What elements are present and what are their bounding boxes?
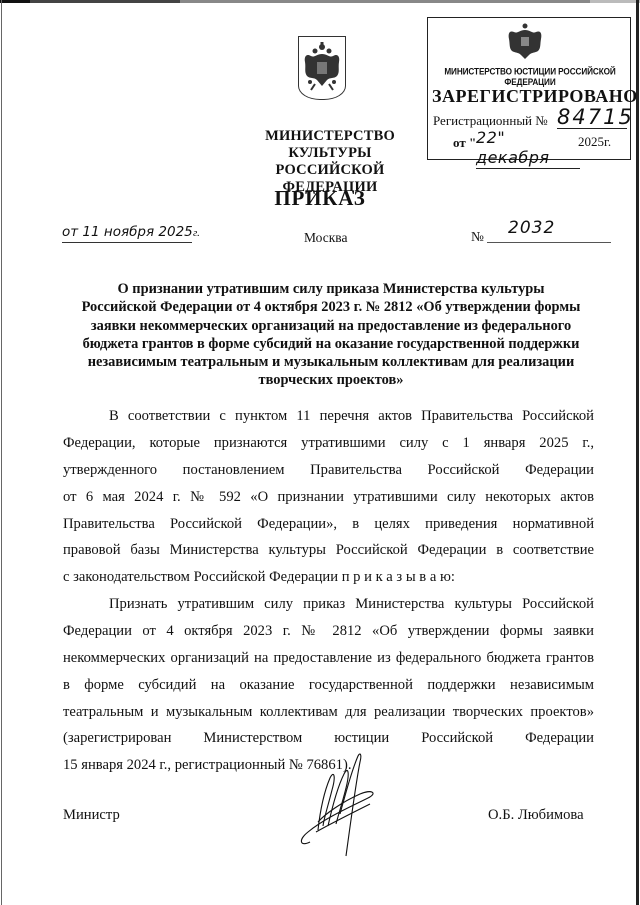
body-line: Федерации от 4 октября 2023 г. № 2812 «О… bbox=[63, 618, 594, 645]
body-line: В соответствии с пунктом 11 перечня акто… bbox=[63, 403, 594, 430]
document-number-sign: № bbox=[471, 229, 484, 245]
ministry-name-line1: МИНИСТЕРСТВО КУЛЬТУРЫ bbox=[232, 128, 428, 162]
body-line: театральным и музыкальным коллективам дл… bbox=[63, 699, 594, 726]
subject-line: бюджета грантов в форме субсидий на оказ… bbox=[56, 335, 606, 353]
document-date-handwritten: от 11 ноября 2025 bbox=[62, 222, 192, 243]
body-line: в форме субсидий на оказание государстве… bbox=[63, 672, 594, 699]
document-subject: О признании утратившим силу приказа Мини… bbox=[56, 280, 606, 390]
body-line: правовой базы Министерства культуры Росс… bbox=[63, 537, 594, 564]
stamp-ministry-name: МИНИСТЕРСТВО ЮСТИЦИИ РОССИЙСКОЙ ФЕДЕРАЦИ… bbox=[432, 67, 628, 88]
handwritten-signature-icon bbox=[290, 752, 380, 862]
russian-coat-of-arms-icon bbox=[506, 22, 544, 62]
document-type-title: ПРИКАЗ bbox=[0, 186, 640, 211]
signer-name: О.Б. Любимова bbox=[488, 807, 584, 824]
body-line: от 6 мая 2024 г. № 592 «О признании утра… bbox=[63, 484, 594, 511]
subject-line: О признании утратившим силу приказа Мини… bbox=[56, 280, 606, 298]
scan-edge-top bbox=[0, 0, 640, 3]
stamp-title: ЗАРЕГИСТРИРОВАНО bbox=[432, 86, 628, 107]
subject-line: Российской Федерации от 4 октября 2023 г… bbox=[56, 298, 606, 316]
stamp-registration-number: 84715 bbox=[557, 106, 627, 129]
document-date-suffix: г. bbox=[193, 227, 200, 239]
body-line: утвержденного постановлением Правительст… bbox=[63, 457, 594, 484]
body-line: некоммерческих организаций на предоставл… bbox=[63, 645, 594, 672]
subject-line: независимым театральным и музыкальным ко… bbox=[56, 353, 606, 371]
signer-title: Министр bbox=[63, 807, 120, 824]
stamp-date-prefix: от " bbox=[453, 135, 476, 151]
document-number-handwritten: 2032 bbox=[508, 218, 555, 238]
body-line: Правительства Российской Федерации», в ц… bbox=[63, 511, 594, 538]
russian-coat-of-arms-icon bbox=[301, 40, 343, 96]
scan-edge-right bbox=[636, 0, 639, 905]
document-city: Москва bbox=[304, 230, 348, 246]
body-line: (зарегистрирован Министерством юстиции Р… bbox=[63, 725, 594, 752]
stamp-date-year: 2025г. bbox=[578, 134, 611, 150]
stamp-date-handwritten: 22" декабря bbox=[476, 128, 580, 169]
body-line: Признать утратившим силу приказ Министер… bbox=[63, 591, 594, 618]
body-line: с законодательством Российской Федерации… bbox=[63, 564, 594, 591]
subject-line: заявки некоммерческих организаций на пре… bbox=[56, 317, 606, 335]
body-paragraph-order: Признать утратившим силу приказ Министер… bbox=[63, 591, 594, 779]
subject-line: творческих проектов» bbox=[56, 371, 606, 389]
scan-edge-left bbox=[1, 0, 2, 905]
stamp-registration-label: Регистрационный № bbox=[433, 113, 548, 129]
body-paragraph-preamble: В соответствии с пунктом 11 перечня акто… bbox=[63, 403, 594, 591]
body-line: Федерации, которые признаются утратившим… bbox=[63, 430, 594, 457]
